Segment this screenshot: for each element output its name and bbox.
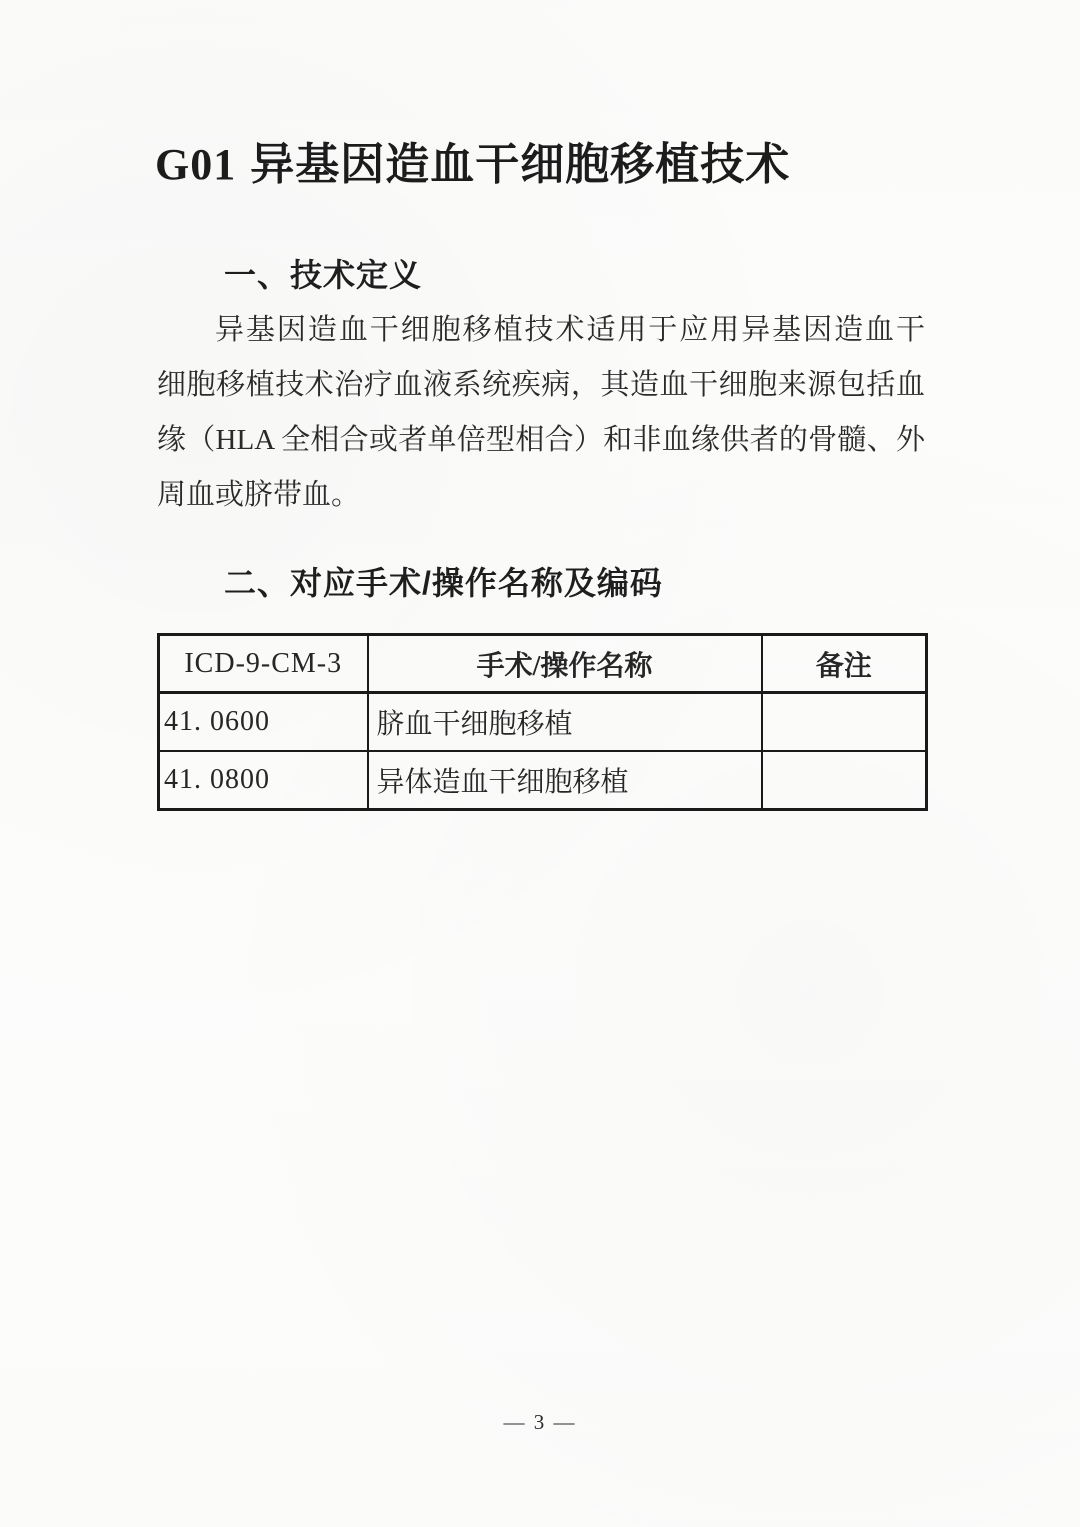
table-row: 41. 0800 异体造血干细胞移植 (159, 751, 927, 810)
icd-code-table: ICD-9-CM-3 手术/操作名称 备注 41. 0600 脐血干细胞移植 4… (157, 633, 928, 811)
column-header-note: 备注 (762, 635, 927, 693)
paragraph-line: 周血或脐带血。 (157, 468, 925, 523)
cell-note (762, 693, 927, 752)
cell-icd-code: 41. 0600 (159, 693, 368, 752)
table-row: 41. 0600 脐血干细胞移植 (159, 693, 927, 752)
cell-note (762, 751, 927, 810)
table-header-row: ICD-9-CM-3 手术/操作名称 备注 (159, 635, 927, 693)
cell-operation-name: 异体造血干细胞移植 (368, 751, 762, 810)
page-number: — 3 — (0, 1410, 1080, 1435)
cell-icd-code: 41. 0800 (159, 751, 368, 810)
section1-heading: 一、技术定义 (224, 250, 422, 296)
title-text: 异基因造血干细胞移植技术 (250, 140, 790, 189)
page-title: G01异基因造血干细胞移植技术 (155, 128, 790, 192)
column-header-icd-code: ICD-9-CM-3 (159, 635, 368, 693)
document-page: G01异基因造血干细胞移植技术 一、技术定义 异基因造血干细胞移植技术适用于应用… (0, 0, 1080, 1527)
paragraph-line: 细胞移植技术治疗血液系统疾病，其造血干细胞来源包括血 (157, 358, 925, 413)
paragraph-line: 缘（HLA 全相合或者单倍型相合）和非血缘供者的骨髓、外 (157, 413, 925, 468)
title-code: G01 (155, 140, 236, 189)
paragraph-line: 异基因造血干细胞移植技术适用于应用异基因造血干 (157, 303, 925, 358)
definition-paragraph: 异基因造血干细胞移植技术适用于应用异基因造血干 细胞移植技术治疗血液系统疾病，其… (157, 303, 925, 523)
column-header-operation-name: 手术/操作名称 (368, 635, 762, 693)
cell-operation-name: 脐血干细胞移植 (368, 693, 762, 752)
section2-heading: 二、对应手术/操作名称及编码 (224, 558, 663, 604)
